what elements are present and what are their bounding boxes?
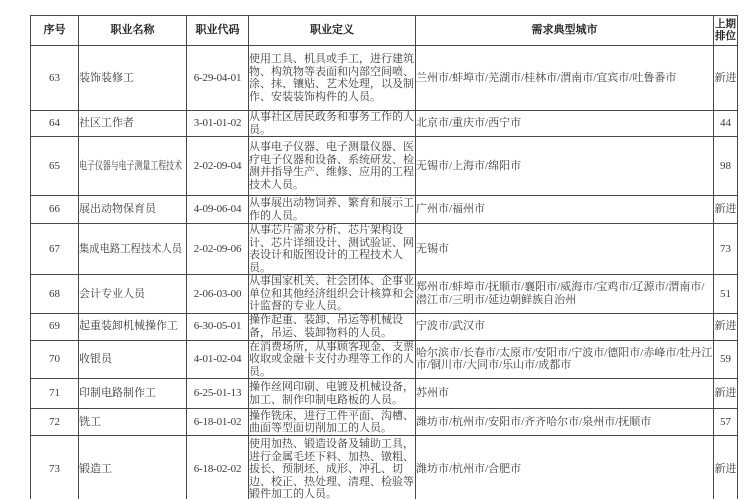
cell-cities: 广州市/福州市 (416, 196, 714, 224)
cell-rank: 新进 (714, 379, 738, 409)
cell-definition: 从事国家机关、社会团体、企事业单位和其他经济组织会计核算和会计监督的专业人员。 (249, 275, 416, 314)
table-row: 71印制电路制作工6-25-01-13操作丝网印刷、电镀及机械设备，加工、制作印… (31, 379, 738, 409)
cell-name: 收银员 (79, 340, 187, 379)
cell-definition: 操作铣床，进行工件平面、沟槽、曲面等型面切削加工的人员。 (249, 409, 416, 436)
cell-code: 6-29-04-01 (187, 46, 249, 111)
col-header-code: 职业代码 (187, 16, 249, 46)
col-header-definition: 职业定义 (249, 16, 416, 46)
cell-cities: 无锡市/上海市/绵阳市 (416, 137, 714, 196)
cell-code: 4-01-02-04 (187, 340, 249, 379)
table-row: 70收银员4-01-02-04在消费场所，从事顾客现金、支票收取或金融卡支付办理… (31, 340, 738, 379)
cell-rank: 新进 (714, 313, 738, 340)
occupation-name-text: 印制电路制作工 (79, 387, 156, 400)
table-row: 65电子仪器与电子测量工程技术2-02-09-04从事电子仪器、电子测量仪器、医… (31, 137, 738, 196)
cell-index: 64 (31, 111, 79, 137)
cell-rank: 新进 (714, 196, 738, 224)
occupation-name-text: 会计专业人员 (79, 288, 145, 301)
occupation-name-text: 铣工 (79, 416, 101, 429)
cell-code: 6-25-01-13 (187, 379, 249, 409)
cell-definition: 操作丝网印刷、电镀及机械设备，加工、制作印制电路板的人员。 (249, 379, 416, 409)
cell-code: 4-09-06-04 (187, 196, 249, 224)
cell-cities: 苏州市 (416, 379, 714, 409)
cell-cities: 郑州市/蚌埠市/抚顺市/襄阳市/威海市/宝鸡市/辽源市/渭南市/潜江市/三明市/… (416, 275, 714, 314)
cell-name: 会计专业人员 (79, 275, 187, 314)
cell-name: 社区工作者 (79, 111, 187, 137)
cell-name: 展出动物保育员 (79, 196, 187, 224)
cell-definition: 使用工具、机具或手工，进行建筑物、构筑物等表面和内部空间喷、涂、抹、镶贴、艺术处… (249, 46, 416, 111)
col-header-cities: 需求典型城市 (416, 16, 714, 46)
cell-cities: 潍坊市/杭州市/合肥市 (416, 436, 714, 499)
cell-code: 2-02-09-06 (187, 224, 249, 275)
cell-code: 2-06-03-00 (187, 275, 249, 314)
cell-cities: 无锡市 (416, 224, 714, 275)
occupation-name-text: 装饰装修工 (79, 72, 134, 85)
cell-name: 印制电路制作工 (79, 379, 187, 409)
table-row: 69起重装卸机械操作工6-30-05-01操作起重、装卸、吊运等机械设备，吊运、… (31, 313, 738, 340)
table-row: 72铣工6-18-01-02操作铣床，进行工件平面、沟槽、曲面等型面切削加工的人… (31, 409, 738, 436)
document-page: 序号 职业名称 职业代码 职业定义 需求典型城市 上期排位 63装饰装修工6-2… (0, 0, 750, 499)
cell-name: 锻造工 (79, 436, 187, 499)
cell-index: 68 (31, 275, 79, 314)
cell-code: 3-01-01-02 (187, 111, 249, 137)
table-body: 63装饰装修工6-29-04-01使用工具、机具或手工，进行建筑物、构筑物等表面… (31, 46, 738, 499)
occupation-name-text: 集成电路工程技术人员 (79, 243, 182, 256)
cell-rank: 59 (714, 340, 738, 379)
cell-rank: 新进 (714, 46, 738, 111)
cell-definition: 从事电子仪器、电子测量仪器、医疗电子仪器和设备、系统研发、检测并指导生产、维修、… (249, 137, 416, 196)
cell-name: 铣工 (79, 409, 187, 436)
cell-index: 67 (31, 224, 79, 275)
cell-index: 63 (31, 46, 79, 111)
cell-index: 66 (31, 196, 79, 224)
cell-index: 70 (31, 340, 79, 379)
cell-rank: 新进 (714, 436, 738, 499)
cell-code: 2-02-09-04 (187, 137, 249, 196)
occupation-name-text: 展出动物保育员 (79, 203, 156, 216)
cell-name: 起重装卸机械操作工 (79, 313, 187, 340)
cell-rank: 73 (714, 224, 738, 275)
cell-rank: 51 (714, 275, 738, 314)
cell-cities: 兰州市/蚌埠市/芜湖市/桂林市/渭南市/宜宾市/吐鲁番市 (416, 46, 714, 111)
cell-name: 装饰装修工 (79, 46, 187, 111)
cell-index: 73 (31, 436, 79, 499)
occupation-name-text: 收银员 (79, 353, 112, 366)
table-row: 66展出动物保育员4-09-06-04从事展出动物饲养、繁育和展示工作的人员。广… (31, 196, 738, 224)
table-row: 68会计专业人员2-06-03-00从事国家机关、社会团体、企事业单位和其他经济… (31, 275, 738, 314)
cell-name: 集成电路工程技术人员 (79, 224, 187, 275)
cell-rank: 98 (714, 137, 738, 196)
occupation-name-text: 锻造工 (79, 463, 112, 476)
cell-rank: 57 (714, 409, 738, 436)
occupation-name-text: 社区工作者 (79, 117, 134, 130)
cell-cities: 哈尔滨市/长春市/太原市/安阳市/宁波市/德阳市/赤峰市/牡丹江市/铜川市/大同… (416, 340, 714, 379)
cell-definition: 从事社区居民政务和事务工作的人员。 (249, 111, 416, 137)
cell-definition: 从事芯片需求分析、芯片架构设计、芯片详细设计、测试验证、网表设计和版图设计的工程… (249, 224, 416, 275)
occupation-ranking-table: 序号 职业名称 职业代码 职业定义 需求典型城市 上期排位 63装饰装修工6-2… (30, 15, 738, 499)
occupation-name-text: 起重装卸机械操作工 (79, 320, 178, 333)
col-header-name: 职业名称 (79, 16, 187, 46)
cell-rank: 44 (714, 111, 738, 137)
col-header-rank: 上期排位 (714, 16, 738, 46)
cell-index: 71 (31, 379, 79, 409)
cell-definition: 在消费场所，从事顾客现金、支票收取或金融卡支付办理等工作的人员。 (249, 340, 416, 379)
cell-code: 6-18-02-02 (187, 436, 249, 499)
cell-cities: 北京市/重庆市/西宁市 (416, 111, 714, 137)
cell-cities: 潍坊市/杭州市/安阳市/齐齐哈尔市/泉州市/抚顺市 (416, 409, 714, 436)
cell-index: 69 (31, 313, 79, 340)
header-row: 序号 职业名称 职业代码 职业定义 需求典型城市 上期排位 (31, 16, 738, 46)
cell-definition: 操作起重、装卸、吊运等机械设备，吊运、装卸物料的人员。 (249, 313, 416, 340)
table-row: 64社区工作者3-01-01-02从事社区居民政务和事务工作的人员。北京市/重庆… (31, 111, 738, 137)
cell-index: 65 (31, 137, 79, 196)
col-header-index: 序号 (31, 16, 79, 46)
table-row: 67集成电路工程技术人员2-02-09-06从事芯片需求分析、芯片架构设计、芯片… (31, 224, 738, 275)
cell-code: 6-18-01-02 (187, 409, 249, 436)
occupation-name-text: 电子仪器与电子测量工程技术 (79, 160, 182, 173)
table-header: 序号 职业名称 职业代码 职业定义 需求典型城市 上期排位 (31, 16, 738, 46)
cell-definition: 从事展出动物饲养、繁育和展示工作的人员。 (249, 196, 416, 224)
table-row: 63装饰装修工6-29-04-01使用工具、机具或手工，进行建筑物、构筑物等表面… (31, 46, 738, 111)
table-row: 73锻造工6-18-02-02使用加热、锻造设备及辅助工具，进行金属毛坯下料、加… (31, 436, 738, 499)
cell-name: 电子仪器与电子测量工程技术 (79, 137, 187, 196)
cell-definition: 使用加热、锻造设备及辅助工具，进行金属毛坯下料、加热、镦粗、拔长、预制坯、成形、… (249, 436, 416, 499)
cell-index: 72 (31, 409, 79, 436)
cell-code: 6-30-05-01 (187, 313, 249, 340)
cell-cities: 宁波市/武汉市 (416, 313, 714, 340)
